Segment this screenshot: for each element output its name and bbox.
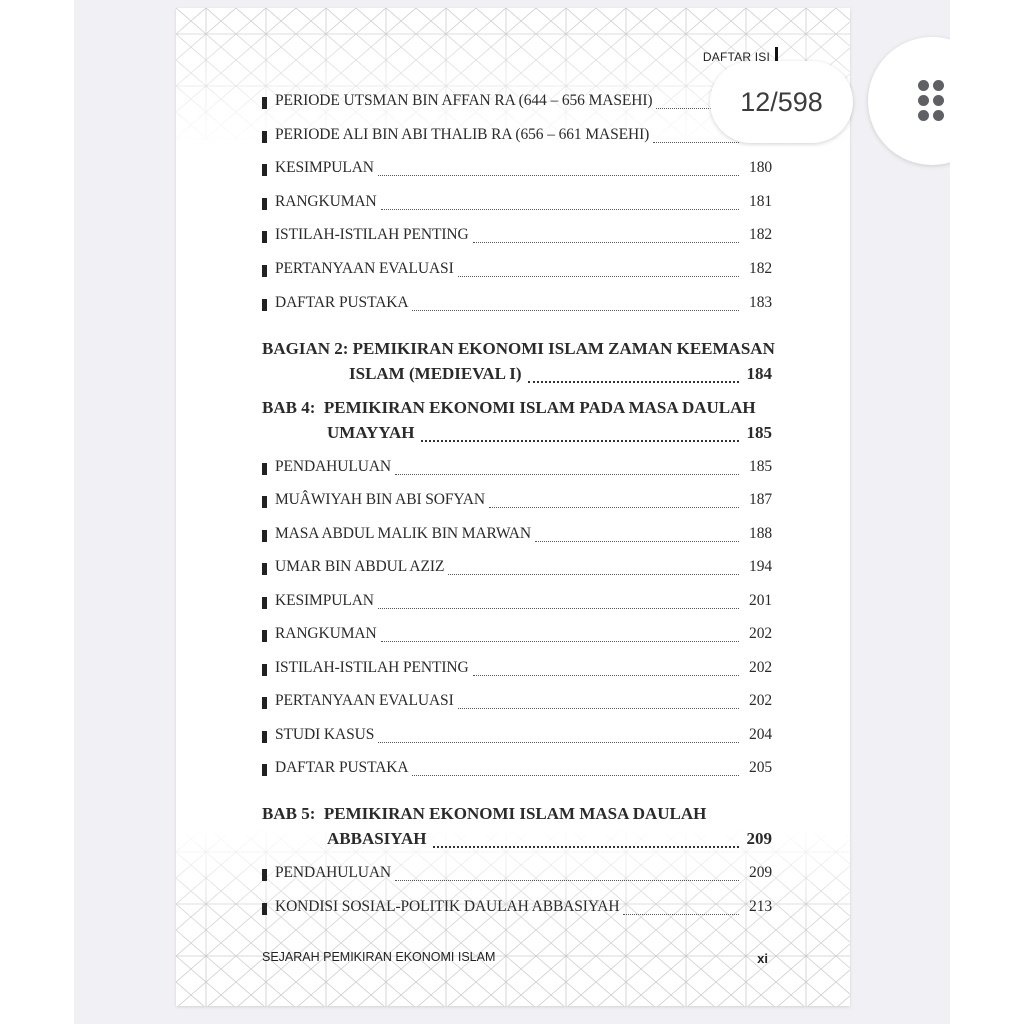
toc-entry[interactable]: PERIODE UTSMAN BIN AFFAN RA (644 – 656 M…	[262, 92, 772, 114]
bullet-icon	[262, 299, 267, 311]
dot-leader	[395, 879, 739, 881]
toc-entry[interactable]: ISTILAH-ISTILAH PENTING182	[262, 226, 772, 248]
toc-entry[interactable]: PENDAHULUAN185	[262, 458, 772, 480]
toc-entry-page: 201	[744, 592, 772, 610]
toc-entry-label: MUÂWIYAH BIN ABI SOFYAN	[275, 491, 485, 509]
dot-leader	[433, 845, 739, 848]
toc-entry-page: 188	[744, 525, 772, 543]
toc-entry-page: 202	[744, 692, 772, 710]
toc-entry-page: 180	[744, 159, 772, 177]
toc-entry[interactable]: MUÂWIYAH BIN ABI SOFYAN187	[262, 491, 772, 513]
dot-leader	[381, 640, 739, 642]
bullet-icon	[262, 664, 267, 676]
toc-entry-label: STUDI KASUS	[275, 726, 374, 744]
toc-entry-page: 202	[744, 625, 772, 643]
toc-entry-label: PERIODE ALI BIN ABI THALIB RA (656 – 661…	[275, 126, 649, 144]
toc-entry-page: 209	[744, 864, 772, 882]
toc-entry-label: KESIMPULAN	[275, 592, 374, 610]
dot-leader	[378, 174, 739, 176]
toc-entry-page: 204	[744, 726, 772, 744]
toc-entry-label: KONDISI SOSIAL-POLITIK DAULAH ABBASIYAH	[275, 898, 619, 916]
bullet-icon	[262, 164, 267, 176]
footer-page-number: xi	[757, 951, 768, 966]
menu-button[interactable]	[868, 37, 950, 165]
toc-entry-label: PERTANYAAN EVALUASI	[275, 692, 454, 710]
toc-entry[interactable]: MASA ABDUL MALIK BIN MARWAN188	[262, 525, 772, 547]
toc-chapter-heading[interactable]: BAB 5: PEMIKIRAN EKONOMI ISLAM MASA DAUL…	[262, 804, 772, 854]
toc-entry-label: ISTILAH-ISTILAH PENTING	[275, 659, 469, 677]
dot-leader	[378, 607, 739, 609]
footer-book-title: SEJARAH PEMIKIRAN EKONOMI ISLAM	[262, 950, 495, 964]
dot-leader	[412, 309, 739, 311]
toc-entry-page: 183	[744, 294, 772, 312]
bullet-icon	[262, 731, 267, 743]
bullet-icon	[262, 97, 267, 109]
bullet-icon	[262, 463, 267, 475]
toc-entry[interactable]: RANGKUMAN202	[262, 625, 772, 647]
dot-leader	[395, 473, 739, 475]
dot-leader	[528, 380, 739, 383]
toc-entry[interactable]: PERTANYAAN EVALUASI182	[262, 260, 772, 282]
chapter-heading-page: 185	[747, 423, 773, 443]
toc-entry-page: 202	[744, 659, 772, 677]
toc-chapter-heading[interactable]: BAB 4: PEMIKIRAN EKONOMI ISLAM PADA MASA…	[262, 398, 772, 448]
dot-leader	[535, 540, 739, 542]
dot-leader	[421, 439, 739, 442]
chapter-heading-line1: BAB 4: PEMIKIRAN EKONOMI ISLAM PADA MASA…	[262, 398, 772, 423]
toc-entry[interactable]: PENDAHULUAN209	[262, 864, 772, 886]
toc-entry[interactable]: DAFTAR PUSTAKA205	[262, 759, 772, 781]
menu-button-container	[850, 0, 950, 200]
toc-entry[interactable]: RANGKUMAN181	[262, 193, 772, 215]
bullet-icon	[262, 697, 267, 709]
dot-leader	[489, 506, 739, 508]
dot-leader	[473, 674, 739, 676]
toc-entry-page: 194	[744, 558, 772, 576]
bullet-icon	[262, 869, 267, 881]
toc-entry-label: KESIMPULAN	[275, 159, 374, 177]
part-heading-line1: BAGIAN 2: PEMIKIRAN EKONOMI ISLAM ZAMAN …	[262, 339, 772, 364]
chapter-heading-line2: ABBASIYAH	[327, 829, 427, 849]
toc-entry-page: 185	[744, 458, 772, 476]
chapter-heading-page: 209	[747, 829, 773, 849]
toc-entry[interactable]: KESIMPULAN180	[262, 159, 772, 181]
dot-leader	[381, 208, 739, 210]
toc-entry[interactable]: PERTANYAAN EVALUASI202	[262, 692, 772, 714]
bullet-icon	[262, 530, 267, 542]
page-counter: 12/598	[710, 61, 853, 143]
dot-leader	[458, 275, 739, 277]
document-page[interactable]: DAFTAR ISI PERIODE UTSMAN BIN AFFAN RA (…	[176, 8, 850, 1006]
toc-entry-label: PERIODE UTSMAN BIN AFFAN RA (644 – 656 M…	[275, 92, 652, 110]
toc-entry-label: MASA ABDUL MALIK BIN MARWAN	[275, 525, 531, 543]
dot-leader	[378, 741, 739, 743]
page-counter-text: 12/598	[740, 87, 823, 118]
bullet-icon	[262, 764, 267, 776]
bullet-icon	[262, 198, 267, 210]
part-heading-line2: ISLAM (MEDIEVAL I)	[349, 364, 522, 384]
toc-entry[interactable]: PERIODE ALI BIN ABI THALIB RA (656 – 661…	[262, 126, 772, 148]
dot-leader	[473, 241, 739, 243]
bullet-icon	[262, 630, 267, 642]
toc-entry-label: PENDAHULUAN	[275, 458, 391, 476]
toc-entry-label: PENDAHULUAN	[275, 864, 391, 882]
toc-entry[interactable]: KONDISI SOSIAL-POLITIK DAULAH ABBASIYAH2…	[262, 898, 772, 920]
toc-entry[interactable]: STUDI KASUS204	[262, 726, 772, 748]
bullet-icon	[262, 903, 267, 915]
toc-entry-page: 182	[744, 226, 772, 244]
toc-entry-label: DAFTAR PUSTAKA	[275, 759, 408, 777]
bullet-icon	[262, 231, 267, 243]
bullet-icon	[262, 563, 267, 575]
toc-entry-page: 213	[744, 898, 772, 916]
toc-entry-page: 181	[744, 193, 772, 211]
chapter-heading-line1: BAB 5: PEMIKIRAN EKONOMI ISLAM MASA DAUL…	[262, 804, 772, 829]
chapter-heading-line2: UMAYYAH	[327, 423, 415, 443]
dot-leader	[653, 141, 739, 143]
toc-entry-page: 205	[744, 759, 772, 777]
dot-leader	[448, 573, 739, 575]
toc-entry-label: ISTILAH-ISTILAH PENTING	[275, 226, 469, 244]
bullet-icon	[262, 265, 267, 277]
dot-leader	[623, 913, 739, 915]
dot-leader	[412, 774, 739, 776]
toc-entry[interactable]: ISTILAH-ISTILAH PENTING202	[262, 659, 772, 681]
dot-leader	[458, 707, 739, 709]
toc-entry-label: DAFTAR PUSTAKA	[275, 294, 408, 312]
part-heading-page: 184	[747, 364, 773, 384]
bullet-icon	[262, 131, 267, 143]
toc-entry-label: RANGKUMAN	[275, 625, 377, 643]
toc-entry[interactable]: KESIMPULAN201	[262, 592, 772, 614]
toc-entry-label: RANGKUMAN	[275, 193, 377, 211]
toc-entry-label: UMAR BIN ABDUL AZIZ	[275, 558, 444, 576]
toc-entry[interactable]: UMAR BIN ABDUL AZIZ194	[262, 558, 772, 580]
toc-part-heading[interactable]: BAGIAN 2: PEMIKIRAN EKONOMI ISLAM ZAMAN …	[262, 339, 772, 389]
bullet-icon	[262, 496, 267, 508]
toc-entry-page: 182	[744, 260, 772, 278]
bullet-icon	[262, 597, 267, 609]
toc-entry[interactable]: DAFTAR PUSTAKA183	[262, 294, 772, 316]
drag-handle-dots-icon	[918, 80, 946, 120]
toc-entry-page: 187	[744, 491, 772, 509]
toc-entry-label: PERTANYAAN EVALUASI	[275, 260, 454, 278]
